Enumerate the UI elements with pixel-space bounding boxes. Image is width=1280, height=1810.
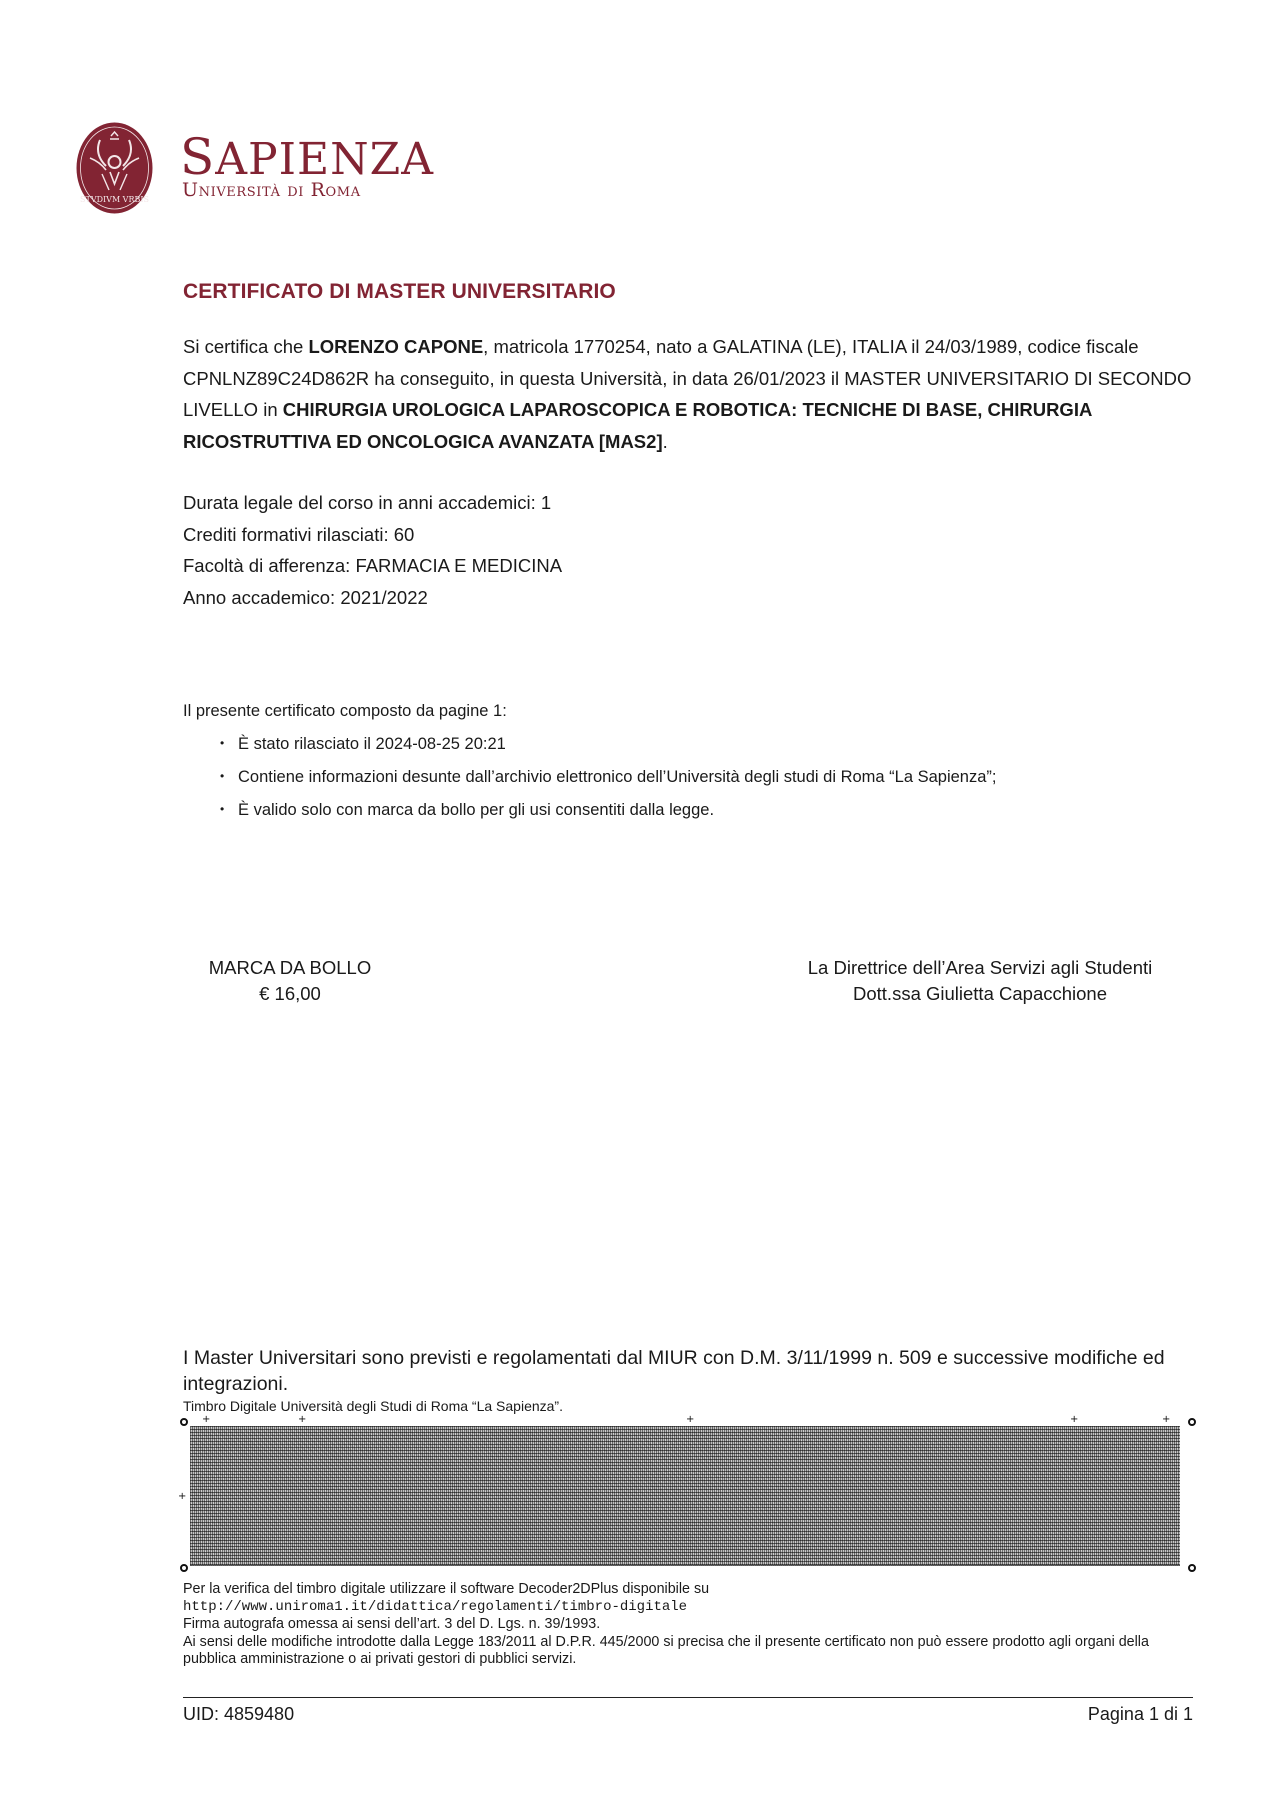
detail-value: 2021/2022 xyxy=(340,587,427,608)
revenue-stamp-label: MARCA DA BOLLO xyxy=(200,955,380,981)
note-item: Contiene informazioni desunte dall’archi… xyxy=(220,760,996,793)
notes-lead: Il presente certificato composto da pagi… xyxy=(183,695,507,727)
verify-url-link[interactable]: http://www.uniroma1.it/didattica/regolam… xyxy=(183,1599,1203,1617)
detail-duration: Durata legale del corso in anni accademi… xyxy=(183,487,562,519)
registration-mark-icon: + xyxy=(1070,1415,1078,1425)
footer-divider xyxy=(183,1697,1193,1698)
legal-usage-note: Ai sensi delle modifiche introdotte dall… xyxy=(183,1634,1203,1669)
notes-list: È stato rilasciato il 2024-08-25 20:21 C… xyxy=(220,727,996,826)
digital-stamp-barcode: + + + + + + xyxy=(180,1418,1200,1578)
course-details: Durata legale del corso in anni accademi… xyxy=(183,487,562,613)
registration-mark-icon: + xyxy=(1162,1415,1170,1425)
detail-label: Durata legale del corso in anni accademi… xyxy=(183,492,536,513)
certification-paragraph: Si certifica che LORENZO CAPONE, matrico… xyxy=(183,331,1203,457)
detail-label: Crediti formativi rilasciati: xyxy=(183,524,389,545)
brand-name: SAPIENZA xyxy=(180,132,434,182)
detail-value: 1 xyxy=(541,492,551,513)
revenue-stamp-box: MARCA DA BOLLO € 16,00 xyxy=(200,955,380,1007)
verify-instructions: Per la verifica del timbro digitale util… xyxy=(183,1581,1203,1599)
registration-mark-icon: + xyxy=(298,1415,306,1425)
detail-academic-year: Anno accademico: 2021/2022 xyxy=(183,582,562,614)
registration-mark-icon: + xyxy=(686,1415,694,1425)
document-title: CERTIFICATO DI MASTER UNIVERSITARIO xyxy=(183,280,616,304)
document-uid: UID: 4859480 xyxy=(183,1704,294,1725)
intro-text-end: . xyxy=(663,431,668,452)
verification-info: Per la verifica del timbro digitale util… xyxy=(183,1581,1203,1669)
digital-stamp-caption: Timbro Digitale Università degli Studi d… xyxy=(183,1398,563,1414)
detail-label: Facoltà di afferenza: xyxy=(183,555,350,576)
detail-credits: Crediti formativi rilasciati: 60 xyxy=(183,519,562,551)
detail-value: 60 xyxy=(394,524,415,545)
page-number: Pagina 1 di 1 xyxy=(1088,1704,1193,1725)
brand-initial: S xyxy=(180,128,215,186)
note-item: È valido solo con marca da bollo per gli… xyxy=(220,793,996,826)
note-text: Contiene informazioni desunte dall’archi… xyxy=(238,768,996,786)
intro-text: Si certifica che xyxy=(183,336,308,357)
brand-subtitle: Università di Roma xyxy=(182,181,361,200)
note-text: È stato rilasciato il 2024-08-25 20:21 xyxy=(238,735,506,753)
seal-motto: STVDIVM VRBIS xyxy=(80,195,149,204)
barcode-pattern xyxy=(190,1426,1180,1566)
brand-rest: APIENZA xyxy=(215,134,434,185)
registration-ring-icon xyxy=(180,1564,188,1572)
signatory-role: La Direttrice dell’Area Servizi agli Stu… xyxy=(770,955,1190,981)
registration-mark-icon: + xyxy=(178,1492,186,1502)
detail-label: Anno accademico: xyxy=(183,587,335,608)
detail-value: FARMACIA E MEDICINA xyxy=(355,555,562,576)
note-item: È stato rilasciato il 2024-08-25 20:21 xyxy=(220,727,996,760)
registration-mark-icon: + xyxy=(202,1415,210,1425)
registration-ring-icon xyxy=(1188,1418,1196,1426)
revenue-stamp-amount: € 16,00 xyxy=(200,981,380,1007)
student-name: LORENZO CAPONE xyxy=(308,336,483,357)
detail-faculty: Facoltà di afferenza: FARMACIA E MEDICIN… xyxy=(183,550,562,582)
signature-omitted-note: Firma autografa omessa ai sensi dell’art… xyxy=(183,1616,1203,1634)
registration-ring-icon xyxy=(180,1418,188,1426)
registration-ring-icon xyxy=(1188,1564,1196,1572)
course-name: CHIRURGIA UROLOGICA LAPAROSCOPICA E ROBO… xyxy=(183,399,1092,452)
sapienza-seal-logo: STVDIVM VRBIS xyxy=(76,122,153,214)
note-text: È valido solo con marca da bollo per gli… xyxy=(238,801,714,819)
signature-block: La Direttrice dell’Area Servizi agli Stu… xyxy=(770,955,1190,1007)
signatory-name: Dott.ssa Giulietta Capacchione xyxy=(770,981,1190,1007)
legal-note: I Master Universitari sono previsti e re… xyxy=(183,1345,1203,1397)
